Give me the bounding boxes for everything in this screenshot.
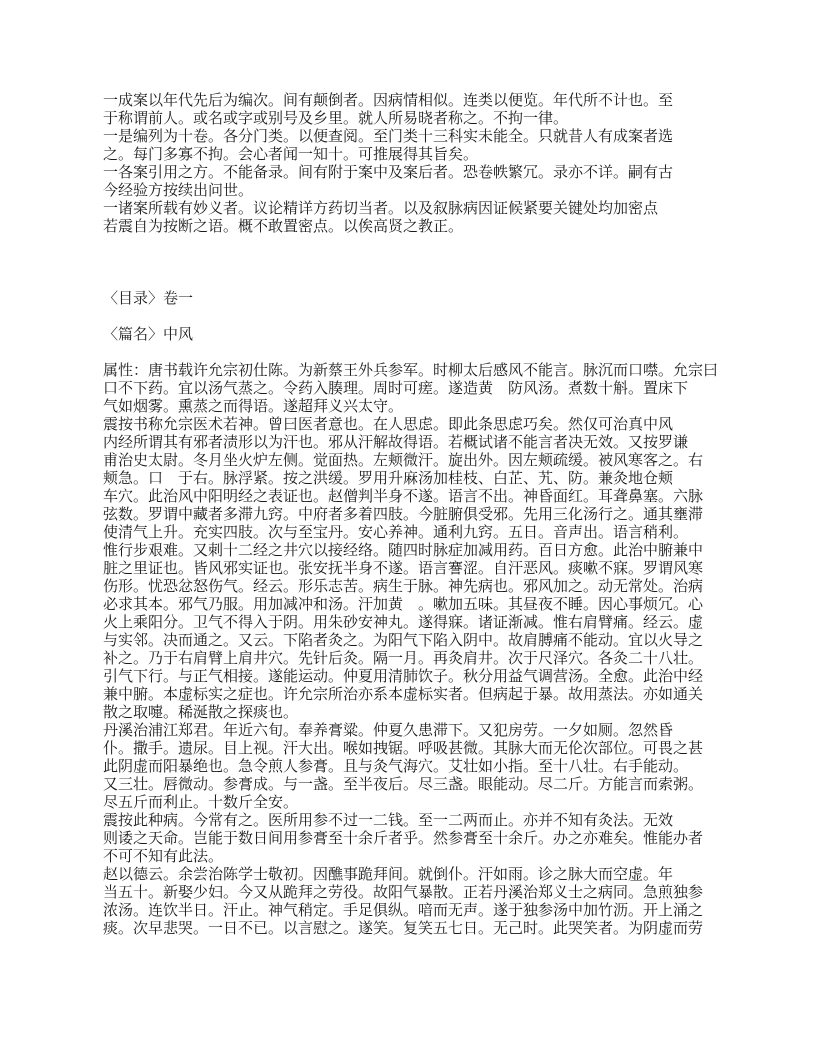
text-line: 与实邻。决而通之。又云。下陷者灸之。为阳气下陷入阴中。故肩膊痛不能动。宜以火导之 bbox=[103, 632, 723, 650]
text-line: 痰。次早悲哭。一日不已。以言慰之。遂笑。复笑五七日。无己时。此哭笑者。为阴虚而劳 bbox=[103, 920, 723, 938]
text-line: 一成案以年代先后为编次。间有颠倒者。因病情相似。连类以便览。年代所不计也。至 bbox=[103, 92, 723, 110]
text-line: 脏之里证也。皆风邪实证也。张安抚半身不遂。语言謇涩。自汗恶风。痰嗽不寐。罗谓风寒 bbox=[103, 560, 723, 578]
text-line: 则诿之天命。岂能于数日间用参膏至十余斤者乎。然参膏至十余斤。办之亦难矣。惟能办者 bbox=[103, 830, 723, 848]
text-line: 震按此种病。今常有之。医所用参不过一二钱。至一二两而止。亦并不知有灸法。无效 bbox=[103, 812, 723, 830]
text-line: 赵以德云。余尝治陈学士敬初。因醮事跪拜间。就倒仆。汗如雨。诊之脉大而空虚。年 bbox=[103, 866, 723, 884]
text-line: 此阴虚而阳暴绝也。急令煎人参膏。且与灸气海穴。艾壮如小指。至十八壮。右手能动。 bbox=[103, 758, 723, 776]
text-line: 不可不知有此法。 bbox=[103, 848, 723, 866]
front-matter-block: 一成案以年代先后为编次。间有颠倒者。因病情相似。连类以便览。年代所不计也。至于称… bbox=[103, 92, 723, 236]
text-line: 当五十。新娶少妇。今又从跪拜之劳役。故阳气暴散。正若丹溪治郑义士之病同。急煎独参 bbox=[103, 884, 723, 902]
text-line: 气如烟雾。熏蒸之而得语。遂超拜义兴太守。 bbox=[103, 398, 723, 416]
text-line: 弦数。罗谓中藏者多滞九窍。中府者多着四肢。今脏腑俱受邪。先用三化汤行之。通其壅滞 bbox=[103, 506, 723, 524]
text-line: 属性：唐书载许允宗初仕陈。为新蔡王外兵参军。时柳太后感风不能言。脉沉而口噤。允宗… bbox=[103, 362, 723, 380]
text-line: 引气下行。与正气相接。遂能运动。仲夏用清肺饮子。秋分用益气调营汤。全愈。此治中经 bbox=[103, 668, 723, 686]
text-line: 伤形。忧恐忿怒伤气。经云。形乐志苦。病生于脉。神先病也。邪风加之。动无常处。治病 bbox=[103, 578, 723, 596]
text-line: 口不下药。宜以汤气蒸之。令药入腠理。周时可瘥。遂造黄 防风汤。煮数十斛。置床下 bbox=[103, 380, 723, 398]
text-line: 甫治史太尉。冬月坐火炉左侧。觉面热。左颊微汗。旋出外。因左颊疏缓。被风寒客之。右 bbox=[103, 452, 723, 470]
text-line: 使清气上升。充实四肢。次与至宝丹。安心养神。通利九窍。五日。音声出。语言稍利。 bbox=[103, 524, 723, 542]
text-line: 若震自为按断之语。概不敢置密点。以俟高贤之教正。 bbox=[103, 218, 723, 236]
text-line: 车穴。此治风中阳明经之表证也。赵僧判半身不遂。语言不出。神昏面红。耳聋鼻塞。六脉 bbox=[103, 488, 723, 506]
text-line: 颊急。口 于右。脉浮紧。按之洪缓。罗用升麻汤加桂枝、白芷、艽、防。兼灸地仓颊 bbox=[103, 470, 723, 488]
text-line: 一各案引用之方。不能备录。间有附于案中及案后者。恐卷帙繁冗。录亦不详。嗣有古 bbox=[103, 164, 723, 182]
text-line: 浓汤。连饮半日。汗止。神气稍定。手足俱纵。喑而无声。遂于独参汤中加竹沥。开上涌之 bbox=[103, 902, 723, 920]
text-document-page: 一成案以年代先后为编次。间有颠倒者。因病情相似。连类以便览。年代所不计也。至于称… bbox=[0, 0, 816, 1056]
text-line: 内经所谓其有邪者渍形以为汗也。邪从汗解故得语。若概试诸不能言者决无效。又按罗谦 bbox=[103, 434, 723, 452]
blank-line bbox=[103, 344, 723, 362]
blank-line bbox=[103, 308, 723, 326]
text-line: 今经验方按续出问世。 bbox=[103, 182, 723, 200]
text-line: 惟行步艰难。又刺十二经之井穴以接经络。随四时脉症加减用药。百日方愈。此治中腑兼中 bbox=[103, 542, 723, 560]
text-line: 补之。乃于右肩臂上肩井穴。先针后灸。隔一月。再灸肩井。次于尺泽穴。各灸二十八壮。 bbox=[103, 650, 723, 668]
toc-heading: 〈目录〉卷一 bbox=[103, 290, 723, 308]
text-line: 又三壮。唇微动。参膏成。与一盏。至半夜后。尽三盏。眼能动。尽二斤。方能言而索粥。 bbox=[103, 776, 723, 794]
text-line: 一是编列为十卷。各分门类。以便查阅。至门类十三科实未能全。只就昔人有成案者选 bbox=[103, 128, 723, 146]
text-line: 仆。撒手。遗尿。目上视。汗大出。喉如拽锯。呼吸甚微。其脉大而无伦次部位。可畏之甚 bbox=[103, 740, 723, 758]
text-line: 散之取嚏。稀涎散之探痰也。 bbox=[103, 704, 723, 722]
body-text-block: 属性：唐书载许允宗初仕陈。为新蔡王外兵参军。时柳太后感风不能言。脉沉而口噤。允宗… bbox=[103, 362, 723, 938]
document-content: 一成案以年代先后为编次。间有颠倒者。因病情相似。连类以便览。年代所不计也。至于称… bbox=[103, 92, 723, 938]
text-line: 丹溪治浦江郑君。年近六旬。奉养膏粱。仲夏久患滞下。又犯房劳。一夕如厕。忽然昏 bbox=[103, 722, 723, 740]
text-line: 于称谓前人。或名或字或别号及乡里。就人所易晓者称之。不拘一律。 bbox=[103, 110, 723, 128]
text-line: 之。每门多寡不拘。会心者闻一知十。可推展得其旨矣。 bbox=[103, 146, 723, 164]
section-title: 〈篇名〉中风 bbox=[103, 326, 723, 344]
text-line: 尽五斤而利止。十数斤全安。 bbox=[103, 794, 723, 812]
text-line: 震按书称允宗医术若神。曾曰医者意也。在人思虑。即此条思虑巧矣。然仅可治真中风 bbox=[103, 416, 723, 434]
text-line: 火上乘阳分。卫气不得入于阴。用朱砂安神丸。遂得寐。诸证渐减。惟右肩臂痛。经云。虚 bbox=[103, 614, 723, 632]
blank-lines bbox=[103, 236, 723, 290]
text-line: 兼中腑。本虚标实之症也。许允宗所治亦系本虚标实者。但病起于暴。故用蒸法。亦如通关 bbox=[103, 686, 723, 704]
text-line: 必求其本。邪气乃服。用加减冲和汤。汗加黄 。嗽加五味。其昼夜不睡。因心事烦冗。心 bbox=[103, 596, 723, 614]
text-line: 一诸案所载有妙义者。议论精详方药切当者。以及叙脉病因证候紧要关键处均加密点 bbox=[103, 200, 723, 218]
